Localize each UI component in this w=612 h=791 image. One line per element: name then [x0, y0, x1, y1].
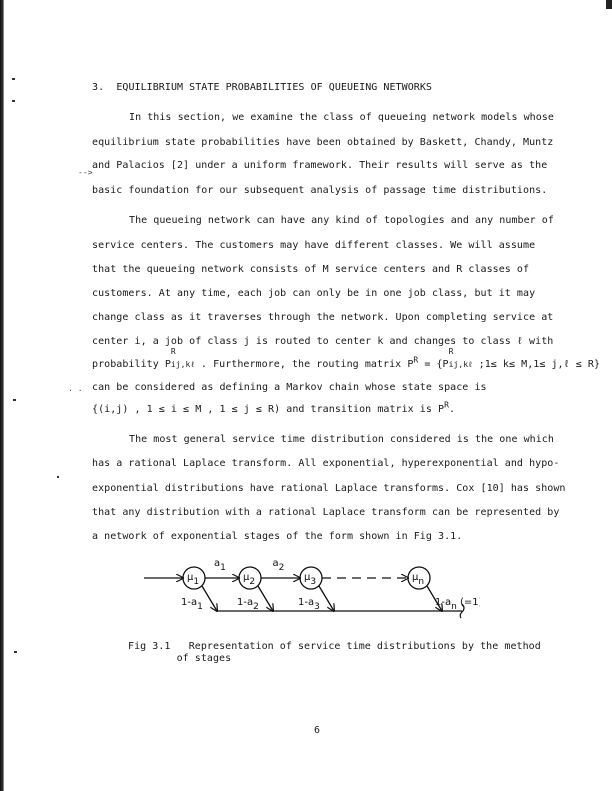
- forward-probability-label: a1: [214, 558, 226, 573]
- section-number: 3.: [92, 82, 104, 93]
- scan-speck: [57, 476, 59, 478]
- figure-caption-text: Representation of service time distribut…: [128, 641, 541, 664]
- math-text: ;1≤ k≤ M,1≤ j,ℓ ≤ R}: [479, 359, 600, 370]
- exit-probability-label: 1-a2: [237, 597, 259, 612]
- paragraph-3-line: that any distribution with a rational La…: [92, 507, 559, 518]
- scan-speck: [14, 651, 17, 653]
- math-text: . Furthermore, the routing matrix P: [201, 359, 413, 370]
- scan-speck: [12, 100, 15, 102]
- paragraph-2-line: that the queueing network consists of M …: [92, 264, 529, 275]
- page-number: 6: [314, 725, 320, 736]
- math-text: and transition matrix is P: [280, 404, 444, 415]
- stage-rate-label: μ1: [187, 572, 199, 587]
- paragraph-2-line: customers. At any time, each job can onl…: [92, 288, 535, 299]
- paragraph-1-line: basic foundation for our subsequent anal…: [92, 185, 547, 196]
- paragraph-3-line: exponential distributions have rational …: [92, 483, 566, 494]
- routing-probability-line: probability PRij,kℓ . Furthermore, the r…: [92, 359, 600, 371]
- exit-probability-label: 1-a1: [181, 597, 203, 612]
- exit-probability-label: 1-a3: [298, 597, 320, 612]
- margin-mark: . .: [68, 384, 83, 393]
- scan-edge-shadow: [0, 0, 4, 791]
- paragraph-1-line: and Palacios [2] under a uniform framewo…: [92, 160, 547, 171]
- paragraph-3-line: The most general service time distributi…: [129, 434, 554, 445]
- stage-rate-label: μn: [412, 572, 424, 587]
- forward-probability-label: a2: [273, 558, 285, 573]
- paragraph-2-line: The queueing network can have any kind o…: [129, 215, 554, 226]
- paragraph-1-line: equilibrium state probabilities have bee…: [92, 137, 553, 148]
- paragraph-1-line: In this section, we examine the class of…: [129, 112, 554, 123]
- margin-mark: -->: [78, 168, 93, 177]
- stage-rate-label: μ2: [243, 572, 255, 587]
- scan-speck: [13, 399, 16, 401]
- figure-caption: Fig 3.1 Representation of service time d…: [128, 641, 541, 665]
- method-of-stages-diagram: μ1a11-a1μ2a21-a2μ31-a3μn1-an (=1): [140, 552, 480, 632]
- math-text: {(i,j) , 1 ≤ i ≤ M , 1 ≤ j ≤ R): [92, 404, 280, 415]
- scan-corner-mark: [606, 0, 612, 9]
- paragraph-2-line: service centers. The customers may have …: [92, 240, 535, 251]
- section-heading: 3. EQUILIBRIUM STATE PROBABILITIES OF QU…: [92, 82, 432, 93]
- paragraph-2-line: change class as it traverses through the…: [92, 312, 553, 323]
- figure-label: Fig 3.1: [128, 641, 171, 652]
- paragraph-3-line: has a rational Laplace transform. All ex…: [92, 458, 559, 469]
- paragraph-2-line: center i, a job of class j is routed to …: [92, 336, 553, 348]
- state-space-line: {(i,j) , 1 ≤ i ≤ M , 1 ≤ j ≤ R) and tran…: [92, 404, 455, 415]
- math-text: = {P: [418, 359, 448, 370]
- scan-speck: [12, 78, 15, 80]
- paragraph-2-line: can be considered as defining a Markov c…: [92, 382, 487, 393]
- math-text: .: [449, 404, 455, 415]
- math-text: probability P: [92, 359, 171, 370]
- paragraph-3-line: a network of exponential stages of the f…: [92, 531, 462, 542]
- stage-rate-label: μ3: [304, 572, 316, 587]
- section-title: EQUILIBRIUM STATE PROBABILITIES OF QUEUE…: [116, 82, 432, 93]
